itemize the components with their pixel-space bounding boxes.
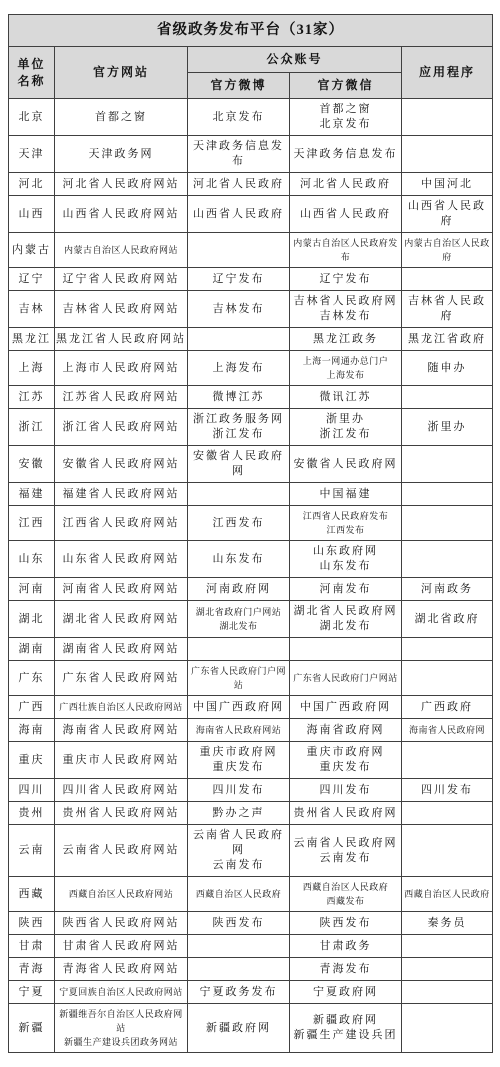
website-cell: 天津政务网 [55,136,188,173]
weibo-cell: 湖北省政府门户网站 湖北发布 [188,601,290,638]
wechat-cell: 黑龙江政务 [290,328,402,351]
app-cell: 秦务员 [402,912,493,935]
app-cell [402,825,493,877]
unit-name-cell: 陕西 [9,912,55,935]
app-cell: 海南省人民政府网 [402,719,493,742]
table-row: 江苏 江苏省人民政府网站 微博江苏 微讯江苏 [9,386,493,409]
wechat-cell: 新疆政府网 新疆生产建设兵团 [290,1004,402,1053]
unit-name-cell: 山西 [9,196,55,233]
app-cell [402,742,493,779]
weibo-cell [188,483,290,506]
weibo-cell: 新疆政府网 [188,1004,290,1053]
app-cell: 湖北省政府 [402,601,493,638]
unit-name-cell: 新疆 [9,1004,55,1053]
table-row: 四川 四川省人民政府网站 四川发布 四川发布 四川发布 [9,779,493,802]
app-cell: 山西省人民政府 [402,196,493,233]
table-row: 西藏 西藏自治区人民政府网站 西藏自治区人民政府 西藏自治区人民政府 西藏发布 … [9,877,493,912]
weibo-cell [188,328,290,351]
table-row: 辽宁 辽宁省人民政府网站 辽宁发布 辽宁发布 [9,268,493,291]
wechat-cell: 中国广西政府网 [290,696,402,719]
table-row: 青海 青海省人民政府网站 青海发布 [9,958,493,981]
table-row: 湖南 湖南省人民政府网站 [9,638,493,661]
table-row: 海南 海南省人民政府网站 海南省人民政府网站 海南省政府网 海南省人民政府网 [9,719,493,742]
weibo-cell: 黔办之声 [188,802,290,825]
app-cell: 中国河北 [402,173,493,196]
app-cell [402,802,493,825]
unit-name-cell: 江苏 [9,386,55,409]
wechat-cell: 中国福建 [290,483,402,506]
website-cell: 海南省人民政府网站 [55,719,188,742]
unit-name-cell: 河北 [9,173,55,196]
weibo-cell [188,233,290,268]
website-cell: 湖南省人民政府网站 [55,638,188,661]
wechat-cell [290,638,402,661]
website-cell: 吉林省人民政府网站 [55,291,188,328]
unit-name-cell: 黑龙江 [9,328,55,351]
website-cell: 广东省人民政府网站 [55,661,188,696]
unit-name-cell: 重庆 [9,742,55,779]
wechat-cell: 陕西发布 [290,912,402,935]
website-cell: 山西省人民政府网站 [55,196,188,233]
unit-name-cell: 青海 [9,958,55,981]
unit-name-cell: 广西 [9,696,55,719]
wechat-cell: 天津政务信息发布 [290,136,402,173]
unit-name-cell: 海南 [9,719,55,742]
weibo-cell: 江西发布 [188,506,290,541]
wechat-cell: 河南发布 [290,578,402,601]
website-cell: 山东省人民政府网站 [55,541,188,578]
wechat-cell: 甘肃政务 [290,935,402,958]
table-body: 北京 首都之窗 北京发布 首都之窗 北京发布 天津 天津政务网 天津政务信息发布… [9,99,493,1053]
table-row: 山西 山西省人民政府网站 山西省人民政府 山西省人民政府 山西省人民政府 [9,196,493,233]
unit-name-cell: 山东 [9,541,55,578]
unit-name-cell: 吉林 [9,291,55,328]
weibo-cell: 广东省人民政府门户网站 [188,661,290,696]
weibo-cell: 河北省人民政府 [188,173,290,196]
wechat-cell: 广东省人民政府门户网站 [290,661,402,696]
app-cell [402,268,493,291]
unit-name-cell: 江西 [9,506,55,541]
app-cell [402,958,493,981]
table-row: 甘肃 甘肃省人民政府网站 甘肃政务 [9,935,493,958]
website-cell: 河南省人民政府网站 [55,578,188,601]
app-cell [402,661,493,696]
unit-name-cell: 辽宁 [9,268,55,291]
app-cell [402,506,493,541]
website-cell: 黑龙江省人民政府网站 [55,328,188,351]
weibo-cell: 海南省人民政府网站 [188,719,290,742]
app-cell [402,638,493,661]
wechat-cell: 青海发布 [290,958,402,981]
table-row: 山东 山东省人民政府网站 山东发布 山东政府网 山东发布 [9,541,493,578]
weibo-cell: 微博江苏 [188,386,290,409]
weibo-cell: 山西省人民政府 [188,196,290,233]
unit-name-cell: 上海 [9,351,55,386]
website-cell: 江苏省人民政府网站 [55,386,188,409]
table-row: 天津 天津政务网 天津政务信息发布 天津政务信息发布 [9,136,493,173]
wechat-cell: 山东政府网 山东发布 [290,541,402,578]
weibo-cell: 河南政府网 [188,578,290,601]
wechat-cell: 首都之窗 北京发布 [290,99,402,136]
website-cell: 安徽省人民政府网站 [55,446,188,483]
table-row: 黑龙江 黑龙江省人民政府网站 黑龙江政务 黑龙江省政府 [9,328,493,351]
header-unit-name: 单位名称 [9,47,55,99]
app-cell [402,935,493,958]
website-cell: 福建省人民政府网站 [55,483,188,506]
weibo-cell [188,958,290,981]
weibo-cell: 中国广西政府网 [188,696,290,719]
table-row: 重庆 重庆市人民政府网站 重庆市政府网 重庆发布 重庆市政府网 重庆发布 [9,742,493,779]
weibo-cell: 西藏自治区人民政府 [188,877,290,912]
table-row: 云南 云南省人民政府网站 云南省人民政府网 云南发布 云南省人民政府网 云南发布 [9,825,493,877]
wechat-cell: 山西省人民政府 [290,196,402,233]
weibo-cell: 北京发布 [188,99,290,136]
table-row: 吉林 吉林省人民政府网站 吉林发布 吉林省人民政府网 吉林发布 吉林省人民政府 [9,291,493,328]
unit-name-cell: 安徽 [9,446,55,483]
weibo-cell: 宁夏政务发布 [188,981,290,1004]
unit-name-cell: 天津 [9,136,55,173]
table-row: 福建 福建省人民政府网站 中国福建 [9,483,493,506]
wechat-cell: 江西省人民政府发布 江西发布 [290,506,402,541]
wechat-cell: 安徽省人民政府网 [290,446,402,483]
wechat-cell: 湖北省人民政府网 湖北发布 [290,601,402,638]
wechat-cell: 辽宁发布 [290,268,402,291]
website-cell: 陕西省人民政府网站 [55,912,188,935]
unit-name-cell: 西藏 [9,877,55,912]
app-cell: 广西政府 [402,696,493,719]
wechat-cell: 吉林省人民政府网 吉林发布 [290,291,402,328]
unit-name-cell: 湖北 [9,601,55,638]
website-cell: 重庆市人民政府网站 [55,742,188,779]
app-cell [402,483,493,506]
app-cell: 黑龙江省政府 [402,328,493,351]
wechat-cell: 宁夏政府网 [290,981,402,1004]
weibo-cell: 上海发布 [188,351,290,386]
app-cell: 内蒙古自治区人民政府 [402,233,493,268]
website-cell: 广西壮族自治区人民政府网站 [55,696,188,719]
table-row: 北京 首都之窗 北京发布 首都之窗 北京发布 [9,99,493,136]
header-official-website: 官方网站 [55,47,188,99]
weibo-cell: 重庆市政府网 重庆发布 [188,742,290,779]
table-row: 内蒙古 内蒙古自治区人民政府网站 内蒙古自治区人民政府发布 内蒙古自治区人民政府 [9,233,493,268]
website-cell: 江西省人民政府网站 [55,506,188,541]
weibo-cell: 云南省人民政府网 云南发布 [188,825,290,877]
table-title: 省级政务发布平台（31家） [9,15,493,47]
app-cell [402,541,493,578]
weibo-cell [188,638,290,661]
unit-name-cell: 北京 [9,99,55,136]
website-cell: 贵州省人民政府网站 [55,802,188,825]
unit-name-cell: 甘肃 [9,935,55,958]
app-cell [402,1004,493,1053]
website-cell: 上海市人民政府网站 [55,351,188,386]
app-cell: 四川发布 [402,779,493,802]
website-cell: 甘肃省人民政府网站 [55,935,188,958]
table-row: 广西 广西壮族自治区人民政府网站 中国广西政府网 中国广西政府网 广西政府 [9,696,493,719]
table-row: 新疆 新疆维吾尔自治区人民政府网站 新疆生产建设兵团政务网站 新疆政府网 新疆政… [9,1004,493,1053]
weibo-cell [188,935,290,958]
website-cell: 首都之窗 [55,99,188,136]
table-row: 河南 河南省人民政府网站 河南政府网 河南发布 河南政务 [9,578,493,601]
wechat-cell: 河北省人民政府 [290,173,402,196]
unit-name-cell: 湖南 [9,638,55,661]
website-cell: 青海省人民政府网站 [55,958,188,981]
app-cell: 吉林省人民政府 [402,291,493,328]
app-cell [402,981,493,1004]
unit-name-cell: 内蒙古 [9,233,55,268]
wechat-cell: 四川发布 [290,779,402,802]
weibo-cell: 陕西发布 [188,912,290,935]
unit-name-cell: 贵州 [9,802,55,825]
gov-platform-table: 省级政务发布平台（31家） 单位名称 官方网站 公众账号 应用程序 官方微博 官… [8,14,493,1053]
website-cell: 内蒙古自治区人民政府网站 [55,233,188,268]
table-row: 江西 江西省人民政府网站 江西发布 江西省人民政府发布 江西发布 [9,506,493,541]
wechat-cell: 上海一网通办总门户 上海发布 [290,351,402,386]
weibo-cell: 安徽省人民政府网 [188,446,290,483]
website-cell: 新疆维吾尔自治区人民政府网站 新疆生产建设兵团政务网站 [55,1004,188,1053]
table-row: 湖北 湖北省人民政府网站 湖北省政府门户网站 湖北发布 湖北省人民政府网 湖北发… [9,601,493,638]
weibo-cell: 吉林发布 [188,291,290,328]
wechat-cell: 内蒙古自治区人民政府发布 [290,233,402,268]
table-row: 河北 河北省人民政府网站 河北省人民政府 河北省人民政府 中国河北 [9,173,493,196]
table-row: 安徽 安徽省人民政府网站 安徽省人民政府网 安徽省人民政府网 [9,446,493,483]
app-cell [402,99,493,136]
weibo-cell: 辽宁发布 [188,268,290,291]
table-row: 贵州 贵州省人民政府网站 黔办之声 贵州省人民政府网 [9,802,493,825]
table-row: 宁夏 宁夏回族自治区人民政府网站 宁夏政务发布 宁夏政府网 [9,981,493,1004]
table-row: 陕西 陕西省人民政府网站 陕西发布 陕西发布 秦务员 [9,912,493,935]
document-page: 省级政务发布平台（31家） 单位名称 官方网站 公众账号 应用程序 官方微博 官… [0,0,500,1067]
title-row: 省级政务发布平台（31家） [9,15,493,47]
unit-name-cell: 广东 [9,661,55,696]
unit-name-cell: 浙江 [9,409,55,446]
website-cell: 湖北省人民政府网站 [55,601,188,638]
unit-name-cell: 宁夏 [9,981,55,1004]
wechat-cell: 贵州省人民政府网 [290,802,402,825]
website-cell: 河北省人民政府网站 [55,173,188,196]
weibo-cell: 山东发布 [188,541,290,578]
unit-name-cell: 河南 [9,578,55,601]
wechat-cell: 微讯江苏 [290,386,402,409]
wechat-cell: 重庆市政府网 重庆发布 [290,742,402,779]
table-row: 浙江 浙江省人民政府网站 浙江政务服务网 浙江发布 浙里办 浙江发布 浙里办 [9,409,493,446]
app-cell [402,386,493,409]
header-public-accounts: 公众账号 [188,47,402,73]
website-cell: 辽宁省人民政府网站 [55,268,188,291]
unit-name-cell: 福建 [9,483,55,506]
wechat-cell: 西藏自治区人民政府 西藏发布 [290,877,402,912]
website-cell: 云南省人民政府网站 [55,825,188,877]
app-cell: 西藏自治区人民政府 [402,877,493,912]
table-row: 广东 广东省人民政府网站 广东省人民政府门户网站 广东省人民政府门户网站 [9,661,493,696]
header-official-wechat: 官方微信 [290,73,402,99]
table-header: 省级政务发布平台（31家） 单位名称 官方网站 公众账号 应用程序 官方微博 官… [9,15,493,99]
website-cell: 宁夏回族自治区人民政府网站 [55,981,188,1004]
app-cell [402,446,493,483]
app-cell: 随申办 [402,351,493,386]
wechat-cell: 浙里办 浙江发布 [290,409,402,446]
header-application: 应用程序 [402,47,493,99]
weibo-cell: 浙江政务服务网 浙江发布 [188,409,290,446]
header-row-1: 单位名称 官方网站 公众账号 应用程序 [9,47,493,73]
wechat-cell: 云南省人民政府网 云南发布 [290,825,402,877]
app-cell: 河南政务 [402,578,493,601]
website-cell: 浙江省人民政府网站 [55,409,188,446]
weibo-cell: 四川发布 [188,779,290,802]
wechat-cell: 海南省政府网 [290,719,402,742]
table-row: 上海 上海市人民政府网站 上海发布 上海一网通办总门户 上海发布 随申办 [9,351,493,386]
unit-name-cell: 四川 [9,779,55,802]
app-cell [402,136,493,173]
unit-name-cell: 云南 [9,825,55,877]
weibo-cell: 天津政务信息发布 [188,136,290,173]
website-cell: 西藏自治区人民政府网站 [55,877,188,912]
app-cell: 浙里办 [402,409,493,446]
website-cell: 四川省人民政府网站 [55,779,188,802]
header-official-weibo: 官方微博 [188,73,290,99]
